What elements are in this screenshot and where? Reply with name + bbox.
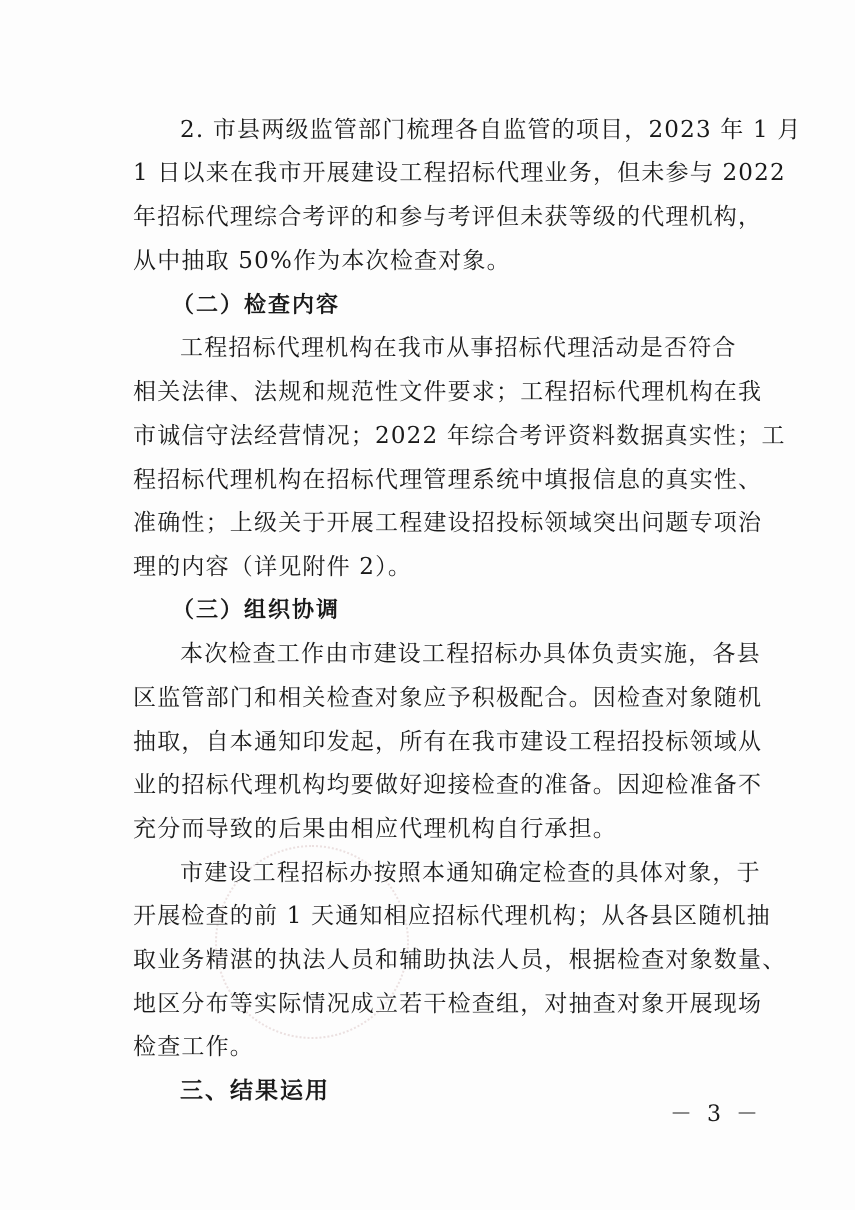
paragraph-line: 准确性；上级关于开展工程建设招投标领域突出问题专项治 (133, 508, 733, 538)
document-page: 2. 市县两级监管部门梳理各自监管的项目，2023 年 1 月 1 日以来在我市… (0, 0, 855, 1210)
paragraph-line: 业的招标代理机构均要做好迎接检查的准备。因迎检准备不 (133, 770, 733, 800)
paragraph-line: 工程招标代理机构在我市从事招标代理活动是否符合 (180, 333, 733, 363)
paragraph-line: 2. 市县两级监管部门梳理各自监管的项目，2023 年 1 月 (180, 115, 733, 145)
section-heading-inspection-content: （二）检查内容 (172, 290, 340, 320)
paragraph-line: 充分而导致的后果由相应代理机构自行承担。 (133, 814, 733, 844)
paragraph-line: 程招标代理机构在招标代理管理系统中填报信息的真实性、 (133, 465, 733, 495)
paragraph-line: 理的内容（详见附件 2）。 (133, 552, 733, 582)
paragraph-line: 从中抽取 50%作为本次检查对象。 (133, 246, 733, 276)
paragraph-line: 1 日以来在我市开展建设工程招标代理业务，但未参与 2022 (133, 158, 733, 188)
part-heading-results: 三、结果运用 (180, 1076, 330, 1106)
paragraph-line: 开展检查的前 1 天通知相应招标代理机构；从各县区随机抽 (133, 901, 733, 931)
paragraph-line: 区监管部门和相关检查对象应予积极配合。因检查对象随机 (133, 683, 733, 713)
section-heading-organization: （三）组织协调 (172, 595, 340, 625)
page-number: － 3 － (670, 1097, 762, 1128)
paragraph-line: 地区分布等实际情况成立若干检查组，对抽查对象开展现场 (133, 989, 733, 1019)
paragraph-line: 抽取，自本通知印发起，所有在我市建设工程招投标领域从 (133, 727, 733, 757)
paragraph-line: 本次检查工作由市建设工程招标办具体负责实施，各县 (180, 639, 733, 669)
paragraph-line: 市建设工程招标办按照本通知确定检查的具体对象，于 (180, 858, 733, 888)
paragraph-line: 取业务精湛的执法人员和辅助执法人员，根据检查对象数量、 (133, 945, 733, 975)
paragraph-line: 检查工作。 (133, 1032, 733, 1062)
paragraph-line: 市诚信守法经营情况；2022 年综合考评资料数据真实性；工 (133, 421, 733, 451)
paragraph-line: 相关法律、法规和规范性文件要求；工程招标代理机构在我 (133, 377, 733, 407)
paragraph-line: 年招标代理综合考评的和参与考评但未获等级的代理机构， (133, 202, 733, 232)
